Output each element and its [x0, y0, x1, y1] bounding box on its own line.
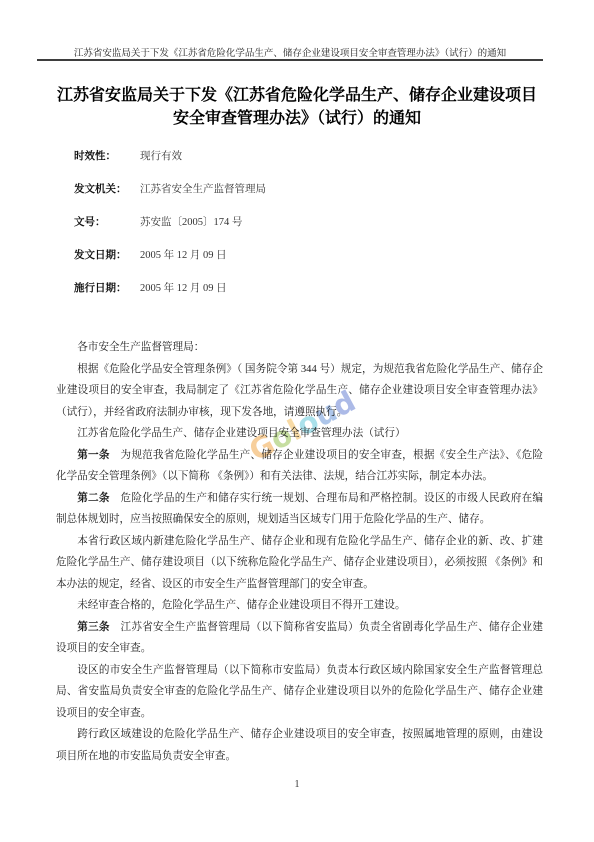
paragraph-text: 各市安全生产监督管理局： — [77, 342, 204, 353]
body-paragraph: 第三条 江苏省安全生产监督管理局（以下简称省安监局）负责全省剧毒化学品生产、储存… — [56, 617, 543, 660]
running-header: 江苏省安监局关于下发《江苏省危险化学品生产、储存企业建设项目安全审查管理办法》（… — [37, 45, 543, 59]
meta-row-effectiveness: 时效性： 现行有效 — [74, 148, 494, 181]
body-paragraph: 根据《危险化学品安全管理条例》（ 国务院令第 344 号）规定，为规范我省危险化… — [56, 359, 543, 424]
meta-label: 时效性： — [74, 148, 140, 163]
paragraph-text: 为规范我省危险化学品生产、储存企业建设项目的安全审查，根据《安全生产法》、《危险… — [56, 450, 543, 483]
meta-label: 发文日期： — [74, 247, 140, 262]
paragraph-text: 江苏省安全生产监督管理局（以下简称省安监局）负责全省剧毒化学品生产、储存企业建设… — [56, 622, 543, 655]
document-title-line2: 安全审查管理办法》（试行）的通知 — [173, 110, 421, 127]
paragraph-text: 江苏省危险化学品生产、储存企业建设项目安全审查管理办法（试行） — [77, 428, 405, 439]
meta-value: 2005 年 12 月 09 日 — [140, 247, 227, 262]
body-paragraph: 设区的市安全生产监督管理局（以下简称市安监局）负责本行政区域内除国家安全生产监督… — [56, 660, 543, 725]
meta-row-document-number: 文号： 苏安监〔2005〕174 号 — [74, 214, 494, 247]
paragraph-text: 本省行政区域内新建危险化学品生产、储存企业和现有危险化学品生产、储存企业的新、改… — [56, 536, 543, 590]
meta-label: 施行日期： — [74, 280, 140, 295]
page-number: 1 — [0, 779, 594, 790]
document-body: 各市安全生产监督管理局： 根据《危险化学品安全管理条例》（ 国务院令第 344 … — [56, 337, 543, 767]
body-paragraph: 本省行政区域内新建危险化学品生产、储存企业和现有危险化学品生产、储存企业的新、改… — [56, 531, 543, 596]
body-paragraph: 各市安全生产监督管理局： — [56, 337, 543, 359]
meta-value: 江苏省安全生产监督管理局 — [140, 181, 266, 196]
paragraph-text: 跨行政区域建设的危险化学品生产、储存企业建设项目的安全审查，按照属地管理的原则，… — [56, 729, 543, 762]
meta-row-effective-date: 施行日期： 2005 年 12 月 09 日 — [74, 280, 494, 313]
meta-value: 2005 年 12 月 09 日 — [140, 280, 227, 295]
term-prefix: 第三条 — [77, 622, 110, 633]
meta-value: 现行有效 — [140, 148, 182, 163]
document-title: 江苏省安监局关于下发《江苏省危险化学品生产、储存企业建设项目 安全审查管理办法》… — [27, 84, 567, 130]
paragraph-text: 未经审查合格的，危险化学品生产、储存企业建设项目不得开工建设。 — [77, 600, 405, 611]
meta-row-issue-date: 发文日期： 2005 年 12 月 09 日 — [74, 247, 494, 280]
meta-value: 苏安监〔2005〕174 号 — [140, 214, 242, 229]
body-paragraph: 江苏省危险化学品生产、储存企业建设项目安全审查管理办法（试行） — [56, 423, 543, 445]
document-title-line1: 江苏省安监局关于下发《江苏省危险化学品生产、储存企业建设项目 — [57, 87, 537, 104]
term-prefix: 第二条 — [77, 493, 110, 504]
body-paragraph: 未经审查合格的，危险化学品生产、储存企业建设项目不得开工建设。 — [56, 595, 543, 617]
document-page: 江苏省安监局关于下发《江苏省危险化学品生产、储存企业建设项目安全审查管理办法》（… — [0, 0, 594, 842]
term-prefix: 第一条 — [77, 450, 110, 461]
paragraph-text: 设区的市安全生产监督管理局（以下简称市安监局）负责本行政区域内除国家安全生产监督… — [56, 665, 543, 719]
metadata-block: 时效性： 现行有效 发文机关： 江苏省安全生产监督管理局 文号： 苏安监〔200… — [74, 148, 494, 313]
body-paragraph: 第二条 危险化学品的生产和储存实行统一规划、合理布局和严格控制。设区的市级人民政… — [56, 488, 543, 531]
body-paragraph: 跨行政区域建设的危险化学品生产、储存企业建设项目的安全审查，按照属地管理的原则，… — [56, 724, 543, 767]
meta-label: 文号： — [74, 214, 140, 229]
meta-label: 发文机关： — [74, 181, 140, 196]
paragraph-text: 危险化学品的生产和储存实行统一规划、合理布局和严格控制。设区的市级人民政府在编制… — [56, 493, 543, 526]
meta-row-issuing-authority: 发文机关： 江苏省安全生产监督管理局 — [74, 181, 494, 214]
paragraph-text: 根据《危险化学品安全管理条例》（ 国务院令第 344 号）规定，为规范我省危险化… — [56, 364, 543, 418]
body-paragraph: 第一条 为规范我省危险化学品生产、储存企业建设项目的安全审查，根据《安全生产法》… — [56, 445, 543, 488]
header-rule — [37, 59, 543, 61]
